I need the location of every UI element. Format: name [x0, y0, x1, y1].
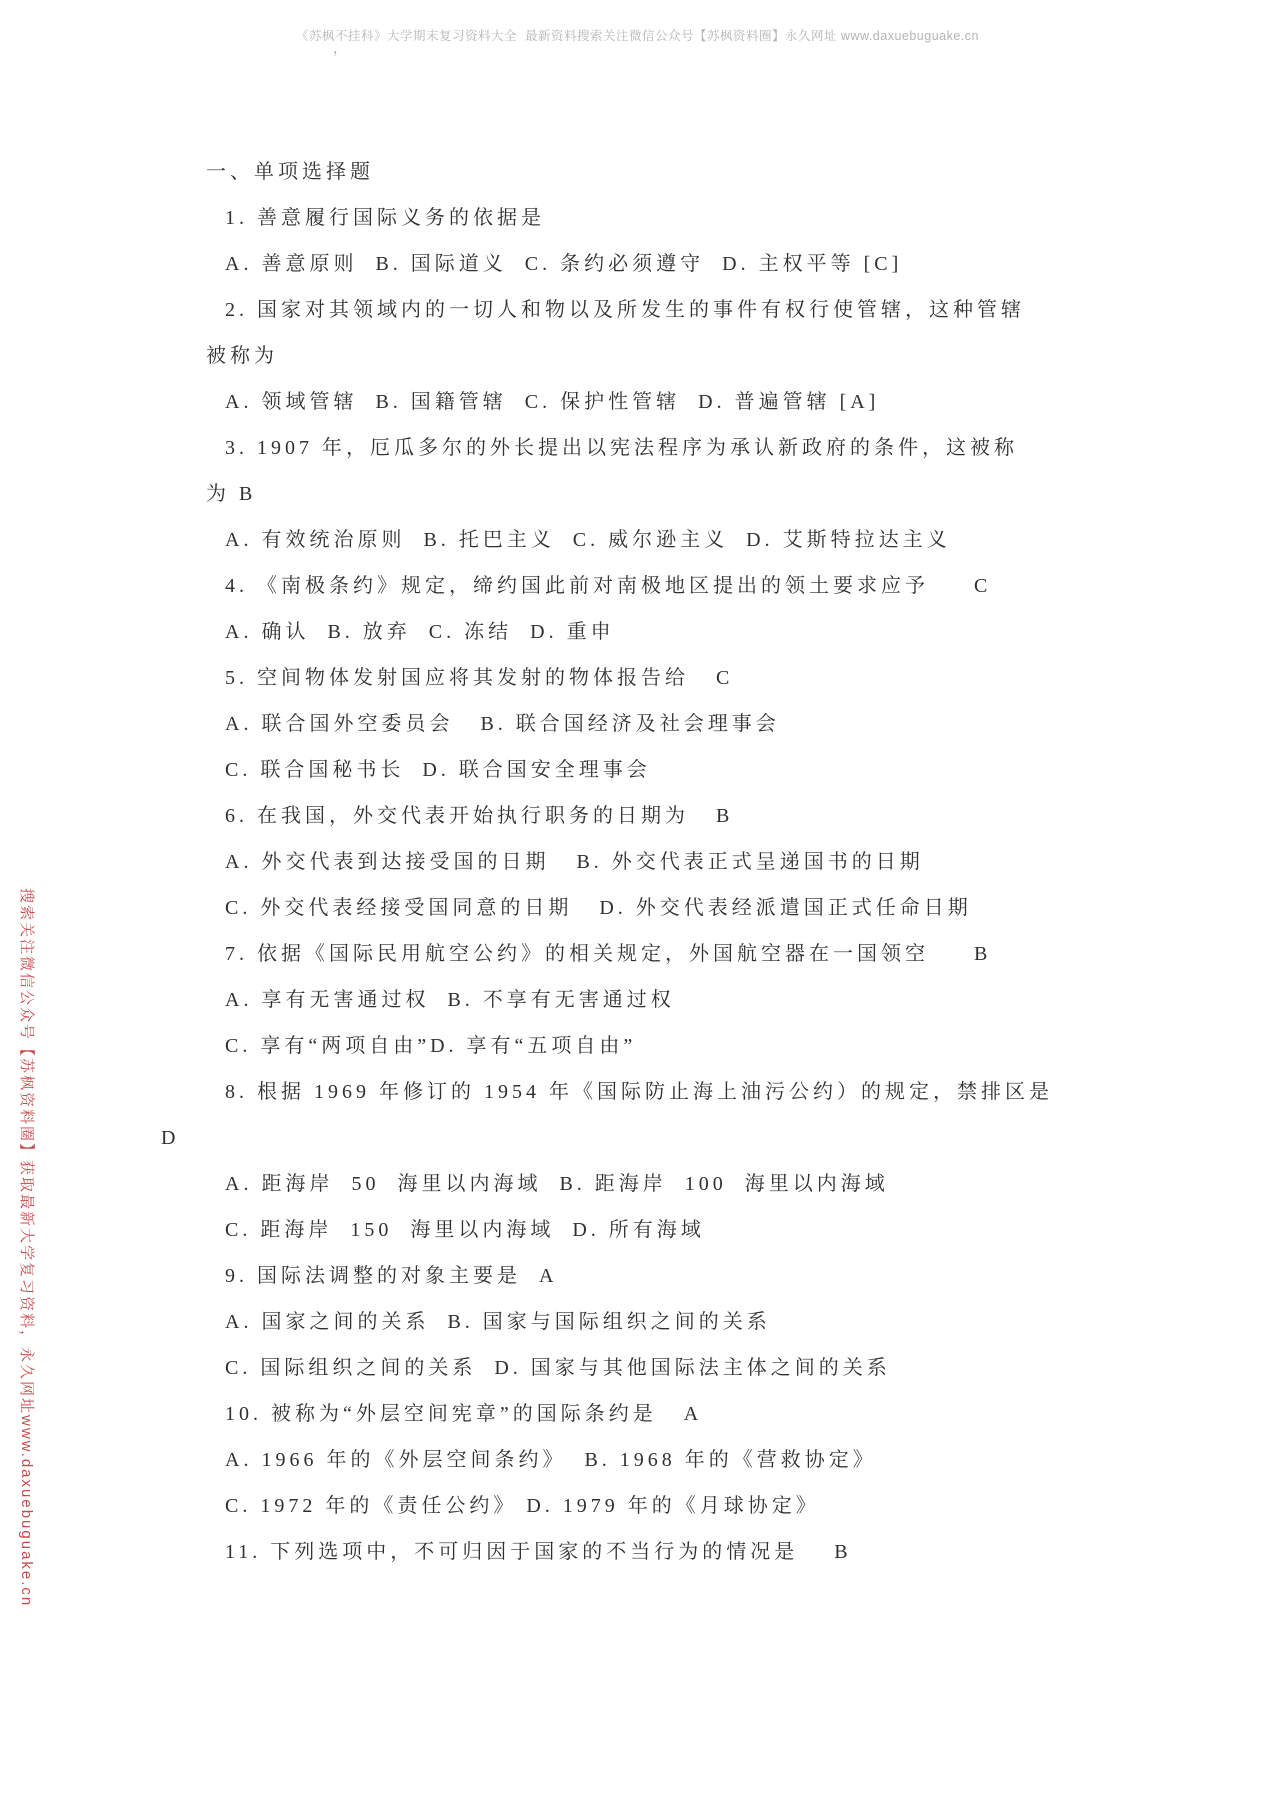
- text-line: C. 外交代表经接受国同意的日期 D. 外交代表经派遣国正式任命日期: [206, 885, 1166, 931]
- text-line: 为 B: [206, 471, 1166, 517]
- text-line: 5. 空间物体发射国应将其发射的物体报告给 C: [206, 655, 1166, 701]
- text-line: C. 国际组织之间的关系 D. 国家与其他国际法主体之间的关系: [206, 1345, 1166, 1391]
- text-line: D: [161, 1115, 1166, 1161]
- text-line: 1. 善意履行国际义务的依据是: [206, 195, 1166, 241]
- text-line: A. 国家之间的关系 B. 国家与国际组织之间的关系: [206, 1299, 1166, 1345]
- text-line: A. 有效统治原则 B. 托巴主义 C. 威尔逊主义 D. 艾斯特拉达主义: [206, 517, 1166, 563]
- section-title: 一、单项选择题: [206, 149, 1166, 195]
- text-line: 2. 国家对其领域内的一切人和物以及所发生的事件有权行使管辖，这种管辖: [206, 287, 1166, 333]
- text-line: 被称为: [206, 333, 1166, 379]
- text-line: 9. 国际法调整的对象主要是 A: [206, 1253, 1166, 1299]
- text-line: 11. 下列选项中，不可归因于国家的不当行为的情况是 B: [206, 1529, 1166, 1575]
- text-line: 8. 根据 1969 年修订的 1954 年《国际防止海上油污公约）的规定，禁排…: [206, 1069, 1166, 1115]
- exam-content: 一、单项选择题1. 善意履行国际义务的依据是A. 善意原则 B. 国际道义 C.…: [206, 149, 1166, 1575]
- text-line: C. 1972 年的《责任公约》 D. 1979 年的《月球协定》: [206, 1483, 1166, 1529]
- text-line: C. 联合国秘书长 D. 联合国安全理事会: [206, 747, 1166, 793]
- text-line: C. 距海岸 150 海里以内海域 D. 所有海域: [206, 1207, 1166, 1253]
- text-line: A. 1966 年的《外层空间条约》 B. 1968 年的《营救协定》: [206, 1437, 1166, 1483]
- text-line: A. 联合国外空委员会 B. 联合国经济及社会理事会: [206, 701, 1166, 747]
- text-line: A. 领域管辖 B. 国籍管辖 C. 保护性管辖 D. 普遍管辖 [A]: [206, 379, 1166, 425]
- text-line: 4. 《南极条约》规定，缔约国此前对南极地区提出的领土要求应予 C: [206, 563, 1166, 609]
- side-watermark-text: 搜索关注微信公众号【苏枫资料圈】获取最新大学复习资料，永久网址www.daxue…: [16, 888, 37, 1607]
- text-line: A. 享有无害通过权 B. 不享有无害通过权: [206, 977, 1166, 1023]
- stray-comma: ，: [333, 38, 347, 58]
- top-watermark-text: 《苏枫不挂科》大学期末复习资料大全 最新资料搜索关注微信公众号【苏枫资料圈】永久…: [296, 26, 979, 44]
- text-line: A. 距海岸 50 海里以内海域 B. 距海岸 100 海里以内海域: [206, 1161, 1166, 1207]
- text-line: A. 确认 B. 放弃 C. 冻结 D. 重申: [206, 609, 1166, 655]
- document-page: 《苏枫不挂科》大学期末复习资料大全 最新资料搜索关注微信公众号【苏枫资料圈】永久…: [0, 0, 1275, 1802]
- text-line: 10. 被称为“外层空间宪章”的国际条约是 A: [206, 1391, 1166, 1437]
- text-line: 6. 在我国，外交代表开始执行职务的日期为 B: [206, 793, 1166, 839]
- text-line: 3. 1907 年，厄瓜多尔的外长提出以宪法程序为承认新政府的条件，这被称: [206, 425, 1166, 471]
- text-line: C. 享有“两项自由”D. 享有“五项自由”: [206, 1023, 1166, 1069]
- text-line: A. 善意原则 B. 国际道义 C. 条约必须遵守 D. 主权平等 [C]: [206, 241, 1166, 287]
- text-line: 7. 依据《国际民用航空公约》的相关规定，外国航空器在一国领空 B: [206, 931, 1166, 977]
- text-line: A. 外交代表到达接受国的日期 B. 外交代表正式呈递国书的日期: [206, 839, 1166, 885]
